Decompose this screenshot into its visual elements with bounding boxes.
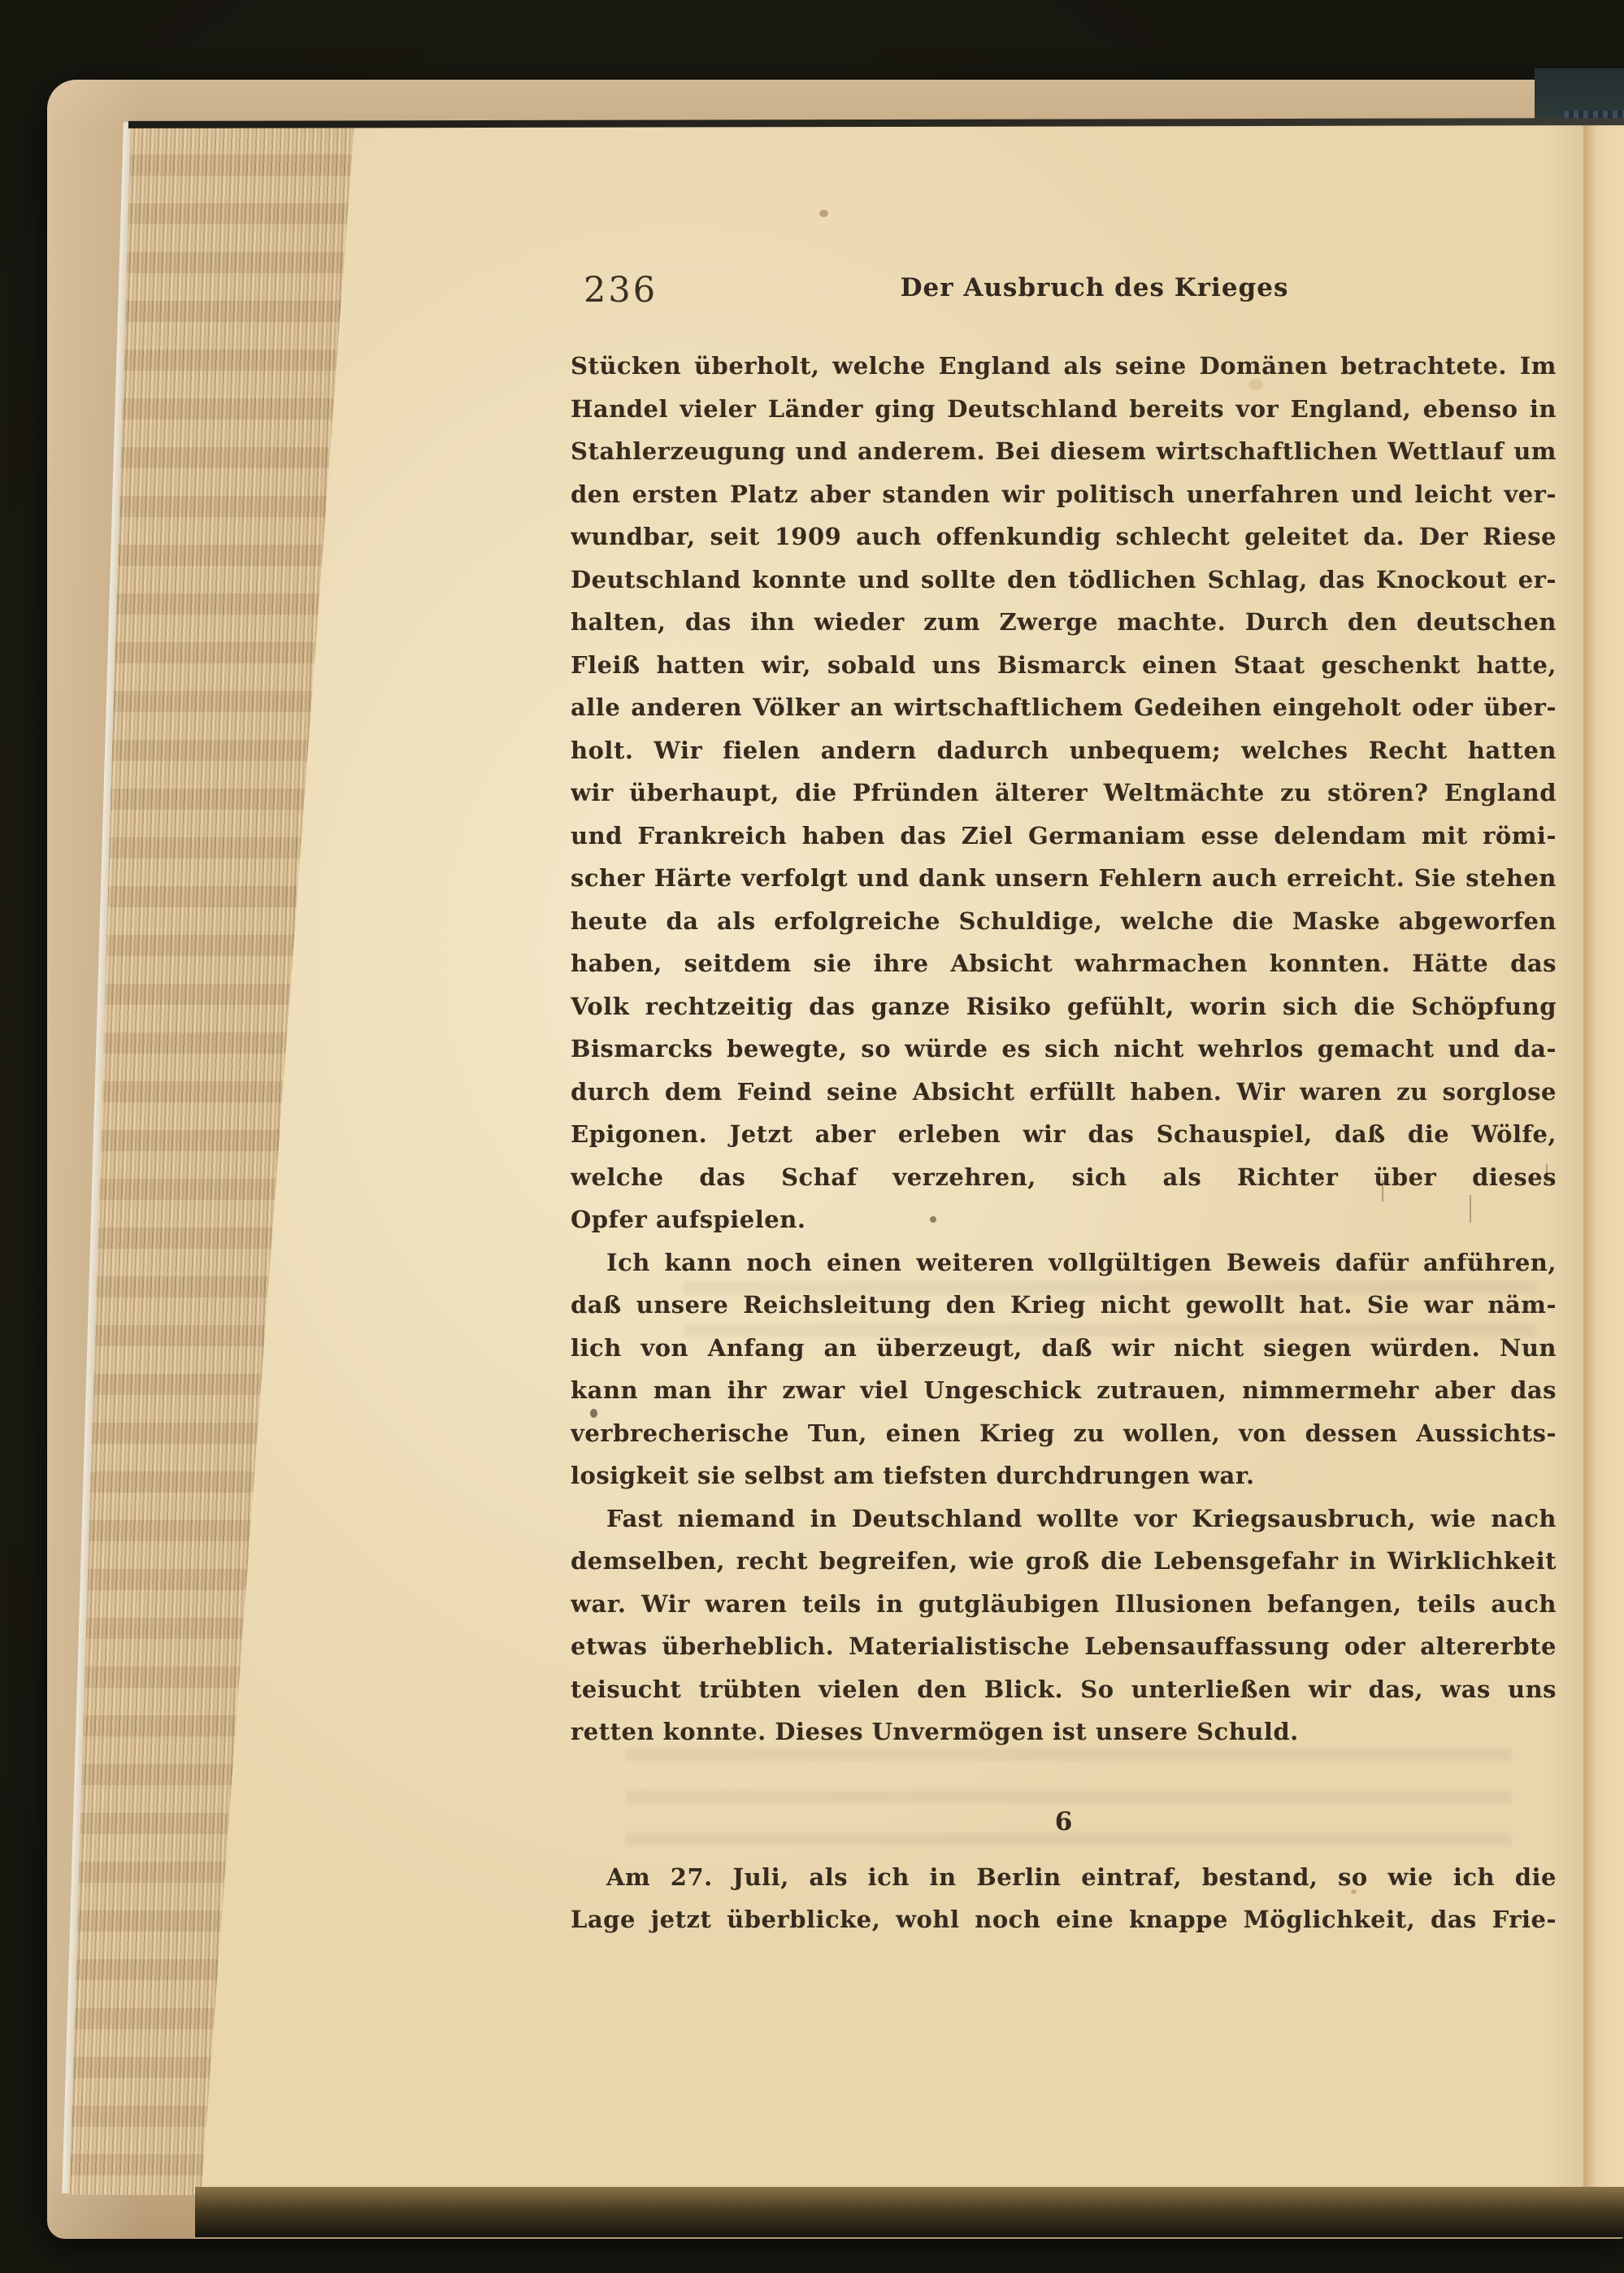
- page-header: 236 Der Ausbruch des Krieges: [571, 270, 1557, 311]
- text-line: Opfer aufspielen.: [571, 1198, 1557, 1241]
- text-line: Volk rechtzeitig das ganze Risiko gefühl…: [571, 985, 1557, 1028]
- text-line: kann man ihr zwar viel Ungeschick zutrau…: [571, 1369, 1557, 1412]
- text-line: durch dem Feind seine Absicht erfüllt ha…: [571, 1071, 1557, 1114]
- text-line: Deutschland konnte und sollte den tödlic…: [571, 558, 1557, 602]
- text-line: Am 27. Juli, als ich in Berlin eintraf, …: [571, 1856, 1557, 1899]
- text-line: wir überhaupt, die Pfründen älterer Welt…: [571, 771, 1557, 815]
- paragraph: Stücken überholt, welche England als sei…: [571, 345, 1557, 1241]
- text-line: welche das Schaf verzehren, sich als Ric…: [571, 1156, 1557, 1199]
- text-line: den ersten Platz aber standen wir politi…: [571, 473, 1557, 516]
- text-line: losigkeit sie selbst am tiefsten durchdr…: [571, 1454, 1557, 1497]
- text-line: retten konnte. Dieses Unvermögen ist uns…: [571, 1710, 1557, 1754]
- text-line: Stahlerzeugung und anderem. Bei diesem w…: [571, 430, 1557, 473]
- body-text-lower: Am 27. Juli, als ich in Berlin eintraf, …: [571, 1856, 1557, 1941]
- text-line: scher Härte verfolgt und dank unsern Feh…: [571, 857, 1557, 900]
- text-line: und Frankreich haben das Ziel Germaniam …: [571, 815, 1557, 858]
- foxing-spot: [819, 210, 828, 217]
- text-line: lich von Anfang an überzeugt, daß wir ni…: [571, 1327, 1557, 1370]
- text-line: haben, seitdem sie ihre Absicht wahrmach…: [571, 942, 1557, 985]
- text-line: alle anderen Völker an wirtschaftlichem …: [571, 686, 1557, 729]
- text-line: demselben, recht begreifen, wie groß die…: [571, 1540, 1557, 1583]
- text-line: Bismarcks bewegte, so würde es sich nich…: [571, 1028, 1557, 1071]
- text-line: daß unsere Reichsleitung den Krieg nicht…: [571, 1284, 1557, 1327]
- text-line: heute da als erfolgreiche Schuldige, wel…: [571, 900, 1557, 943]
- body-text-upper: Stücken überholt, welche England als sei…: [571, 345, 1557, 1754]
- bottom-page-shadow: [195, 2187, 1624, 2237]
- text-line: etwas überheblich. Materialistische Lebe…: [571, 1625, 1557, 1668]
- paragraph: Fast niemand in Deutschland wollte vor K…: [571, 1497, 1557, 1754]
- text-line: war. Wir waren teils in gutgläubigen Ill…: [571, 1583, 1557, 1626]
- paragraph: Ich kann noch einen weiteren vollgültige…: [571, 1241, 1557, 1497]
- text-line: wundbar, seit 1909 auch offenkundig schl…: [571, 515, 1557, 558]
- text-line: Ich kann noch einen weiteren vollgültige…: [571, 1241, 1557, 1284]
- book-photo: 236 Der Ausbruch des Krieges Stücken übe…: [0, 0, 1624, 2273]
- text-line: Stücken überholt, welche England als sei…: [571, 345, 1557, 388]
- text-line: Fast niemand in Deutschland wollte vor K…: [571, 1497, 1557, 1541]
- text-line: verbrecherische Tun, einen Krieg zu woll…: [571, 1412, 1557, 1455]
- text-line: Epigonen. Jetzt aber erleben wir das Sch…: [571, 1113, 1557, 1156]
- gutter-adjacent-page: [1583, 122, 1624, 2188]
- text-line: teisucht trübten vielen den Blick. So un…: [571, 1668, 1557, 1711]
- running-header: Der Ausbruch des Krieges: [601, 273, 1587, 302]
- text-line: halten, das ihn wieder zum Zwerge machte…: [571, 601, 1557, 644]
- text-line: Handel vieler Länder ging Deutschland be…: [571, 388, 1557, 431]
- body-text: Stücken überholt, welche England als sei…: [571, 345, 1557, 1941]
- text-line: Lage jetzt überblicke, wohl noch eine kn…: [571, 1898, 1557, 1941]
- text-line: Fleiß hatten wir, sobald uns Bismarck ei…: [571, 644, 1557, 687]
- text-line: holt. Wir fielen andern dadurch unbequem…: [571, 729, 1557, 772]
- paragraph: Am 27. Juli, als ich in Berlin eintraf, …: [571, 1856, 1557, 1941]
- section-number: 6: [571, 1801, 1557, 1843]
